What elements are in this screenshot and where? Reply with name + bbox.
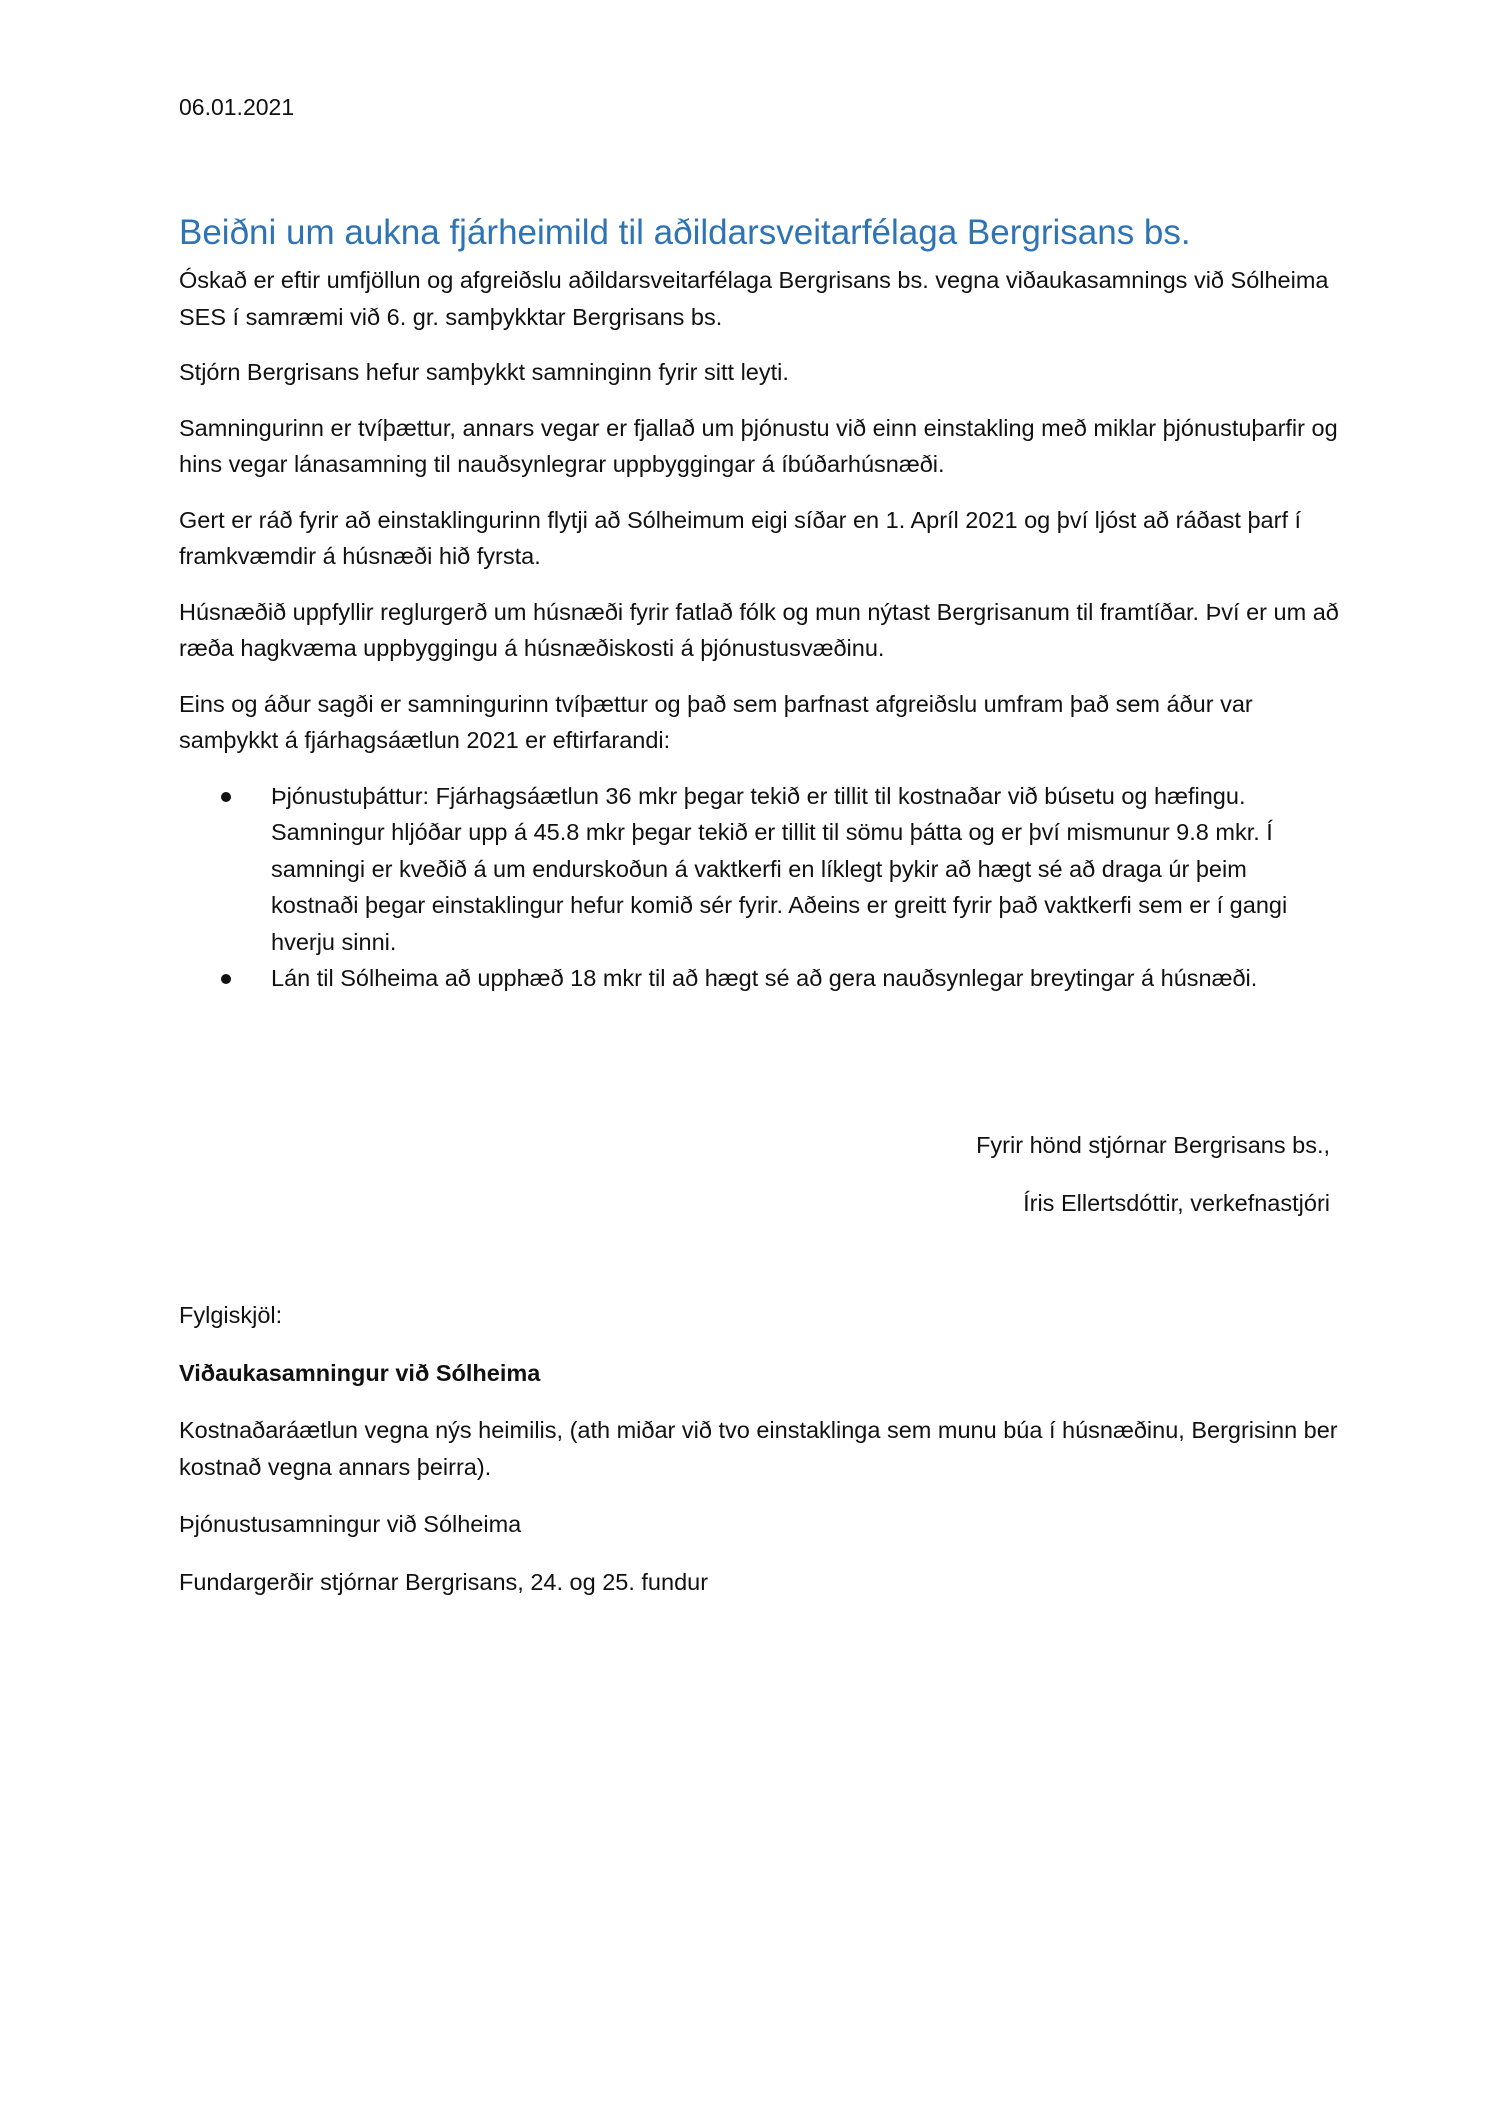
signatory-name: Íris Ellertsdóttir, verkefnastjóri	[976, 1185, 1330, 1222]
signature-block: Fyrir hönd stjórnar Bergrisans bs., Íris…	[976, 1127, 1330, 1242]
bullet-text: Þjónustuþáttur: Fjárhagsáætlun 36 mkr þe…	[271, 783, 1287, 955]
bullet-icon	[221, 974, 231, 984]
attachment-item: Þjónustusamningur við Sólheima	[179, 1506, 1339, 1543]
attachments-section: Fylgiskjöl: Viðaukasamningur við Sólheim…	[179, 1297, 1339, 1621]
paragraph: Samningurinn er tvíþættur, annars vegar …	[179, 410, 1339, 483]
document-title: Beiðni um aukna fjárheimild til aðildars…	[179, 211, 1191, 255]
bullet-text: Lán til Sólheima að upphæð 18 mkr til að…	[271, 965, 1257, 991]
signature-line: Fyrir hönd stjórnar Bergrisans bs.,	[976, 1127, 1330, 1164]
bullet-item: Þjónustuþáttur: Fjárhagsáætlun 36 mkr þe…	[271, 778, 1339, 961]
document-date: 06.01.2021	[179, 92, 294, 122]
attachment-item: Fundargerðir stjórnar Bergrisans, 24. og…	[179, 1564, 1339, 1601]
document-page: 06.01.2021 Beiðni um aukna fjárheimild t…	[0, 0, 1500, 2122]
attachment-item: Kostnaðaráætlun vegna nýs heimilis, (ath…	[179, 1412, 1339, 1485]
paragraph: Húsnæðið uppfyllir reglurgerð um húsnæði…	[179, 594, 1339, 667]
document-body: Óskað er eftir umfjöllun og afgreiðslu a…	[179, 262, 1339, 997]
bullet-list: Þjónustuþáttur: Fjárhagsáætlun 36 mkr þe…	[179, 778, 1339, 997]
paragraph: Eins og áður sagði er samningurinn tvíþæ…	[179, 686, 1339, 759]
bullet-item: Lán til Sólheima að upphæð 18 mkr til að…	[271, 960, 1339, 997]
paragraph: Stjórn Bergrisans hefur samþykkt samning…	[179, 354, 1339, 391]
paragraph: Óskað er eftir umfjöllun og afgreiðslu a…	[179, 262, 1339, 335]
bullet-icon	[221, 792, 231, 802]
attachments-heading: Fylgiskjöl:	[179, 1297, 1339, 1334]
attachment-item: Viðaukasamningur við Sólheima	[179, 1355, 1339, 1392]
paragraph: Gert er ráð fyrir að einstaklingurinn fl…	[179, 502, 1339, 575]
